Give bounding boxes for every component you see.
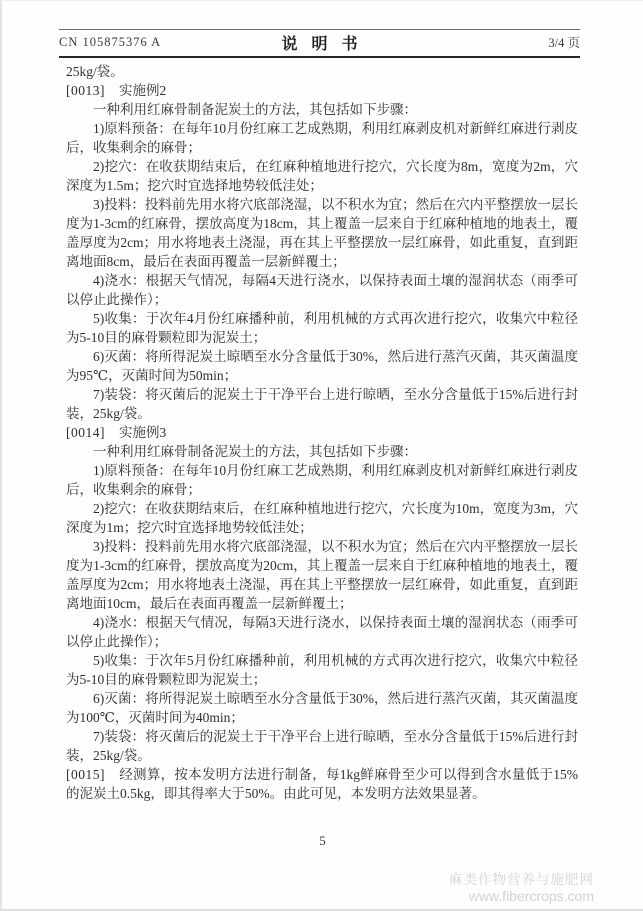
page-indicator: 3/4 页 bbox=[548, 33, 580, 51]
document-number: CN 105875376 A bbox=[59, 35, 161, 50]
paragraph: 1)原料预备：在每年10月份红麻工艺成熟期，利用红麻剥皮机对新鲜红麻进行剥皮后，… bbox=[66, 461, 578, 499]
watermark-site-name: 麻类作物营养与施肥网 bbox=[449, 872, 594, 888]
paragraph-tag: [0014] bbox=[66, 423, 105, 442]
paragraph-text: 实施例3 bbox=[119, 425, 166, 440]
paragraph: 4)浇水：根据天气情况，每隔4天进行浇水，以保持表面土壤的湿润状态（雨季可以停止… bbox=[66, 271, 578, 309]
watermark-url: www.fibercrops.com bbox=[449, 888, 594, 904]
paragraph-tag: [0013] bbox=[66, 81, 105, 100]
document-body: 25kg/袋。[0013]实施例2一种利用红麻骨制备泥炭土的方法，其包括如下步骤… bbox=[66, 62, 578, 803]
watermark: 麻类作物营养与施肥网 www.fibercrops.com bbox=[449, 872, 594, 904]
paragraph-text: 实施例2 bbox=[119, 83, 166, 98]
paragraph: 6)灭菌：将所得泥炭土晾晒至水分含量低于30%，然后进行蒸汽灭菌，其灭菌温度为1… bbox=[66, 689, 578, 727]
paragraph: 4)浇水：根据天气情况，每隔3天进行浇水，以保持表面土壤的湿润状态（雨季可以停止… bbox=[66, 613, 578, 651]
paragraph: 3)投料：投料前先用水将穴底部浇湿，以不积水为宜；然后在穴内平整摆放一层长度为1… bbox=[66, 537, 578, 613]
numbered-paragraph: [0015]经测算，按本发明方法进行制备，每1kg鲜麻骨至少可以得到含水量低于1… bbox=[66, 765, 578, 803]
page-footer: 5 bbox=[2, 833, 643, 849]
paragraph: 2)挖穴：在收获期结束后，在红麻种植地进行挖穴，穴长度为8m，宽度为2m，穴深度… bbox=[66, 157, 578, 195]
paragraph: 一种利用红麻骨制备泥炭土的方法，其包括如下步骤： bbox=[66, 442, 578, 461]
paragraph: 3)投料：投料前先用水将穴底部浇湿，以不积水为宜；然后在穴内平整摆放一层长度为1… bbox=[66, 195, 578, 271]
paragraph: 25kg/袋。 bbox=[66, 62, 578, 81]
document-title: 说明书 bbox=[281, 31, 371, 54]
page-number: 5 bbox=[319, 833, 326, 848]
numbered-paragraph: [0014]实施例3 bbox=[66, 423, 578, 442]
page-header: CN 105875376 A 说明书 3/4 页 bbox=[59, 29, 580, 58]
paragraph-tag: [0015] bbox=[66, 765, 105, 784]
paragraph: 7)装袋：将灭菌后的泥炭土于干净平台上进行晾晒，至水分含量低于15%后进行封装，… bbox=[66, 385, 578, 423]
paragraph: 一种利用红麻骨制备泥炭土的方法，其包括如下步骤： bbox=[66, 100, 578, 119]
paragraph-text: 经测算，按本发明方法进行制备，每1kg鲜麻骨至少可以得到含水量低于15%的泥炭土… bbox=[66, 767, 578, 801]
paragraph: 6)灭菌：将所得泥炭土晾晒至水分含量低于30%，然后进行蒸汽灭菌，其灭菌温度为9… bbox=[66, 347, 578, 385]
paragraph: 5)收集：于次年5月份红麻播种前，利用机械的方式再次进行挖穴，收集穴中粒径为5-… bbox=[66, 651, 578, 689]
numbered-paragraph: [0013]实施例2 bbox=[66, 81, 578, 100]
paragraph: 1)原料预备：在每年10月份红麻工艺成熟期，利用红麻剥皮机对新鲜红麻进行剥皮后，… bbox=[66, 119, 578, 157]
paragraph: 5)收集：于次年4月份红麻播种前，利用机械的方式再次进行挖穴，收集穴中粒径为5-… bbox=[66, 309, 578, 347]
paragraph: 2)挖穴：在收获期结束后，在红麻种植地进行挖穴，穴长度为10m，宽度为3m，穴深… bbox=[66, 499, 578, 537]
paragraph: 7)装袋：将灭菌后的泥炭土于干净平台上进行晾晒，至水分含量低于15%后进行封装，… bbox=[66, 727, 578, 765]
patent-specification-page: CN 105875376 A 说明书 3/4 页 25kg/袋。[0013]实施… bbox=[0, 0, 643, 911]
